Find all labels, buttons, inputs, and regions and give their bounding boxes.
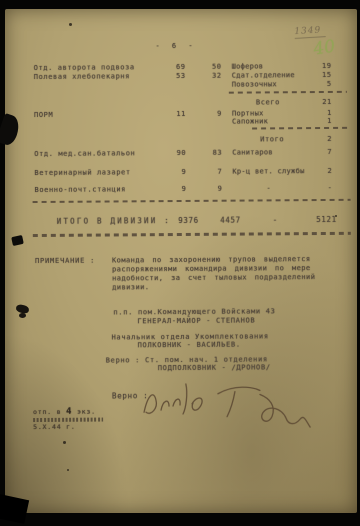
copies-suffix: экз. bbox=[77, 408, 96, 416]
copies-count: 4 bbox=[66, 407, 72, 417]
subtotal-value: 21 bbox=[308, 98, 332, 106]
signature-title-line: п.п. пом.Командующего Войсками 43 bbox=[113, 307, 275, 316]
page-number: - 6 - bbox=[155, 42, 196, 50]
subtotal-label: Всего bbox=[256, 98, 280, 106]
specialty-value: 19 bbox=[308, 62, 332, 70]
specialty-name: Сапожник bbox=[232, 117, 312, 126]
note-line: дивизии. bbox=[112, 282, 337, 292]
pencil-annotation: 1349 bbox=[294, 25, 326, 39]
specialty-value: 7 bbox=[308, 148, 332, 156]
speck bbox=[63, 441, 66, 444]
copies-line: отп. в 4 экз. bbox=[33, 407, 103, 417]
unit-value-1: 11 bbox=[160, 110, 186, 118]
unit-value-2: 9 bbox=[196, 185, 222, 193]
grand-total-label: ИТОГО В ДИВИЗИИ : bbox=[57, 217, 171, 226]
speck bbox=[67, 469, 69, 471]
specialty-name: Шоферов bbox=[232, 62, 312, 71]
grand-total-value-1: 9376 bbox=[163, 217, 199, 225]
speck bbox=[335, 215, 337, 217]
unit-name: Отд. авторота подвоза bbox=[34, 63, 169, 72]
dashed-separator bbox=[229, 91, 347, 94]
unit-value-2: 9 bbox=[196, 110, 222, 118]
unit-value-1: 9 bbox=[160, 185, 186, 193]
unit-value-1: 69 bbox=[160, 63, 186, 71]
scanned-document: 1349 40 - 6 - Отд. авторота подвоза 69 5… bbox=[0, 0, 360, 526]
dashed-separator bbox=[33, 199, 351, 203]
unit-name: Отд. мед.сан.батальон bbox=[34, 149, 169, 158]
unit-value-1: 53 bbox=[160, 72, 186, 80]
torn-corner bbox=[0, 494, 29, 524]
subtotal-row: Итого 2 bbox=[4, 135, 356, 146]
signature-rank-name: ПОЛКОВНИК - ВАСИЛЬЕВ. bbox=[138, 341, 241, 350]
specialty-value: 15 bbox=[308, 71, 332, 79]
dashed-separator bbox=[252, 127, 348, 130]
grand-total-value-4: 5121 bbox=[305, 216, 337, 224]
unit-value-1: 90 bbox=[160, 149, 186, 157]
specialty-value: - bbox=[308, 184, 332, 192]
note-line: Команда по захоронению трупов выделяется bbox=[112, 255, 337, 265]
unit-name: Полевая хлебопекарня bbox=[34, 72, 169, 81]
specialty-name: Кр-ц вет. службы bbox=[232, 167, 312, 176]
dashed-separator bbox=[33, 232, 351, 237]
unit-value-1: 9 bbox=[160, 168, 186, 176]
specialty-name: Повозочных bbox=[232, 80, 312, 89]
signature-rank-name: ГЕНЕРАЛ-МАЙОР - СТЕПАНОВ bbox=[137, 316, 255, 325]
subtotal-value: 2 bbox=[308, 135, 332, 143]
specialty-value: 1 bbox=[308, 117, 332, 125]
document-content: 1349 40 - 6 - Отд. авторота подвоза 69 5… bbox=[3, 8, 359, 514]
table-row: Ветеринарный лазарет 9 7 Кр-ц вет. служб… bbox=[4, 167, 356, 178]
illegible-microtext bbox=[33, 418, 103, 422]
unit-value-2: 7 bbox=[196, 168, 222, 176]
note-line: надобности, за счет тыловых подразделени… bbox=[112, 273, 337, 283]
speck bbox=[69, 23, 72, 26]
grand-total-row: ИТОГО В ДИВИЗИИ : 9376 4457 - 5121 bbox=[5, 216, 357, 227]
unit-name: Военно-почт.станция bbox=[34, 185, 169, 194]
grand-total-dash: - bbox=[273, 216, 278, 224]
specialty-name: Санитаров bbox=[232, 148, 312, 157]
specialty-name: Сдат.отделение bbox=[232, 71, 312, 80]
subtotal-row: Всего 21 bbox=[4, 98, 356, 109]
ink-blot bbox=[19, 313, 26, 318]
handwritten-signature bbox=[134, 371, 320, 438]
paper-sheet: 1349 40 - 6 - Отд. авторота подвоза 69 5… bbox=[5, 9, 357, 513]
table-row: Повозочных 5 bbox=[4, 80, 356, 91]
unit-value-2: 32 bbox=[196, 72, 222, 80]
copies-prefix: отп. в bbox=[33, 408, 61, 416]
table-row: Военно-почт.станция 9 9 - - bbox=[4, 184, 356, 195]
green-pencil-annotation: 40 bbox=[312, 36, 337, 59]
subtotal-label: Итого bbox=[260, 135, 284, 143]
grand-total-value-2: 4457 bbox=[205, 217, 241, 225]
specialty-name: - bbox=[266, 184, 346, 193]
unit-value-2: 83 bbox=[196, 149, 222, 157]
unit-name: Ветеринарный лазарет bbox=[34, 168, 169, 177]
specialty-value: 2 bbox=[308, 167, 332, 175]
note-line: распоряжениями командира дивизии по мере bbox=[112, 264, 337, 274]
note-label: ПРИМЕЧАНИЕ : bbox=[35, 257, 95, 265]
unit-value-2: 50 bbox=[196, 63, 222, 71]
copies-date: 5.Х.44 г. bbox=[33, 423, 103, 431]
table-row: Отд. мед.сан.батальон 90 83 Санитаров 7 bbox=[4, 148, 356, 159]
copies-block: отп. в 4 экз. 5.Х.44 г. bbox=[33, 407, 103, 431]
specialty-value: 5 bbox=[308, 80, 332, 88]
specialty-value: 1 bbox=[308, 109, 332, 117]
